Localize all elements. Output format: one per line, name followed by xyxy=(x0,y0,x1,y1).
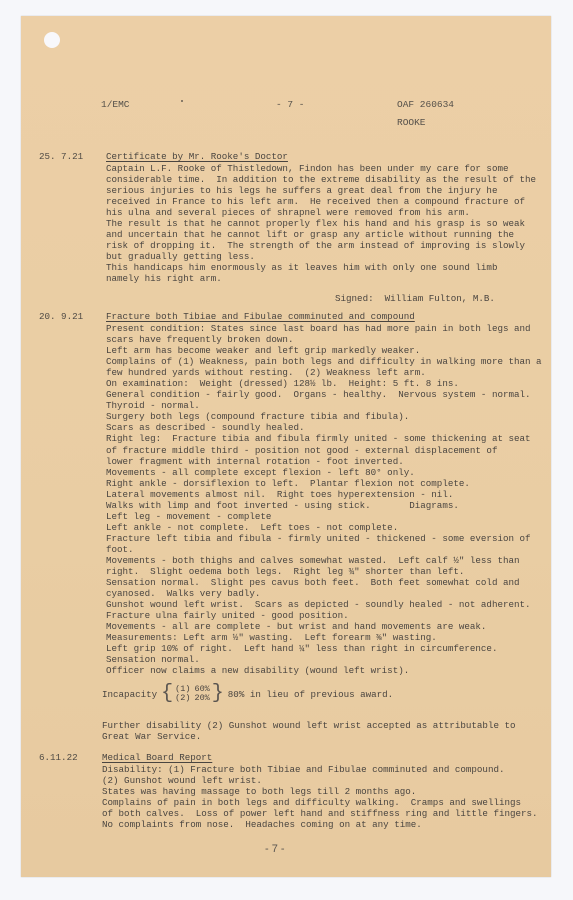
item-percentage: 20% xyxy=(194,694,209,703)
signature: Signed: William Fulton, M.B. xyxy=(335,293,495,304)
body-line: Complains of (1) Weakness, pain both leg… xyxy=(106,356,542,367)
entry-body: Present condition: States since last boa… xyxy=(106,323,542,677)
item-number: (2) xyxy=(175,694,190,703)
body-line: This handicaps him enormously as it leav… xyxy=(106,262,536,273)
body-line: Left ankle - not complete. Left toes - n… xyxy=(106,522,542,533)
body-line: Great War Service. xyxy=(102,731,516,742)
body-line: Surgery both legs (compound fracture tib… xyxy=(106,411,542,422)
body-line: right. Slight oedema both legs. Right le… xyxy=(106,566,542,577)
header-ref-left: 1/EMC xyxy=(101,99,130,110)
closing-note: Further disability (2) Gunshot wound lef… xyxy=(102,720,516,742)
body-line: of fracture middle third - position not … xyxy=(106,445,542,456)
body-line: Officer now claims a new disability (wou… xyxy=(106,665,542,676)
body-line: States was having massage to both legs t… xyxy=(102,786,538,797)
body-line: Lateral movements almost nil. Right toes… xyxy=(106,489,542,500)
incapacity-label: Incapacity xyxy=(102,689,157,700)
body-line: Right ankle - dorsiflexion to left. Plan… xyxy=(106,478,542,489)
right-brace-icon: } xyxy=(212,684,224,704)
body-line: lower fragment with internal rotation - … xyxy=(106,456,542,467)
body-line: Thyroid - normal. xyxy=(106,400,542,411)
footer-page-number: - 7 - xyxy=(265,843,285,855)
body-line: No complaints from nose. Headaches comin… xyxy=(102,819,538,830)
entry-title: Certificate by Mr. Rooke's Doctor xyxy=(106,151,288,162)
body-line: Left grip 10% of right. Left hand ¼" les… xyxy=(106,643,542,654)
body-line: Further disability (2) Gunshot wound lef… xyxy=(102,720,516,731)
body-line: Sensation normal. xyxy=(106,654,542,665)
body-line: Fracture ulna fairly united - good posit… xyxy=(106,610,542,621)
entry-body: Disability: (1) Fracture both Tibiae and… xyxy=(102,764,538,830)
body-line: of both calves. Loss of power left hand … xyxy=(102,808,538,819)
incapacity-numbers: (1) (2) xyxy=(175,685,190,703)
body-line: Movements - all are complete - but wrist… xyxy=(106,621,542,632)
entry-date: 20. 9.21 xyxy=(39,311,83,322)
body-line: foot. xyxy=(106,544,542,555)
body-line: and uncertain that he cannot lift or gra… xyxy=(106,229,536,240)
body-line: (2) Gunshot wound left wrist. xyxy=(102,775,538,786)
body-line: The result is that he cannot properly fl… xyxy=(106,218,536,229)
entry-body: Captain L.F. Rooke of Thistledown, Findo… xyxy=(106,163,536,285)
body-line: Movements - all complete except flexion … xyxy=(106,467,542,478)
body-line: his ulna and several pieces of shrapnel … xyxy=(106,207,536,218)
header-page-marker: - 7 - xyxy=(276,99,305,110)
body-line: Measurements: Left arm ½" wasting. Left … xyxy=(106,632,542,643)
body-line: scars have frequently broken down. xyxy=(106,334,542,345)
paper-speck xyxy=(181,100,183,102)
body-line: Left arm has become weaker and left grip… xyxy=(106,345,542,356)
body-line: few hundred yards without resting. (2) W… xyxy=(106,367,542,378)
body-line: Disability: (1) Fracture both Tibiae and… xyxy=(102,764,538,775)
body-line: considerable time. In addition to the ex… xyxy=(106,174,536,185)
entry-title: Medical Board Report xyxy=(102,752,212,763)
body-line: namely his right arm. xyxy=(106,273,536,284)
body-line: received in France to his left arm. He r… xyxy=(106,196,536,207)
header-file-ref: OAF 260634 xyxy=(397,99,454,110)
body-line: Complains of pain in both legs and diffi… xyxy=(102,797,538,808)
body-line: risk of dropping it. The strength of the… xyxy=(106,240,536,251)
entry-date: 6.11.22 xyxy=(39,752,78,763)
body-line: Left leg - movement - complete xyxy=(106,511,542,522)
incapacity-block: Incapacity { (1) (2) 60% 20% } 80% in li… xyxy=(102,684,393,704)
incapacity-percentages: 60% 20% xyxy=(194,685,209,703)
body-line: cyanosed. Walks very badly. xyxy=(106,588,542,599)
body-line: Walks with limp and foot inverted - usin… xyxy=(106,500,542,511)
header-surname: ROOKE xyxy=(397,117,426,128)
body-line: but gradually getting less. xyxy=(106,251,536,262)
body-line: Right leg: Fracture tibia and fibula fir… xyxy=(106,433,542,444)
body-line: Movements - both thighs and calves somew… xyxy=(106,555,542,566)
left-brace-icon: { xyxy=(161,684,173,704)
entry-date: 25. 7.21 xyxy=(39,151,83,162)
entry-title: Fracture both Tibiae and Fibulae comminu… xyxy=(106,311,415,322)
body-line: serious injuries to his legs he suffers … xyxy=(106,185,536,196)
punch-hole xyxy=(44,32,60,48)
body-line: Sensation normal. Slight pes cavus both … xyxy=(106,577,542,588)
body-line: General condition - fairly good. Organs … xyxy=(106,389,542,400)
body-line: Fracture left tibia and fibula - firmly … xyxy=(106,533,542,544)
body-line: Present condition: States since last boa… xyxy=(106,323,542,334)
incapacity-total: 80% in lieu of previous award. xyxy=(228,689,393,700)
body-line: Gunshot wound left wrist. Scars as depic… xyxy=(106,599,542,610)
body-line: Scars as described - soundly healed. xyxy=(106,422,542,433)
body-line: On examination: Weight (dressed) 128½ lb… xyxy=(106,378,542,389)
body-line: Captain L.F. Rooke of Thistledown, Findo… xyxy=(106,163,536,174)
